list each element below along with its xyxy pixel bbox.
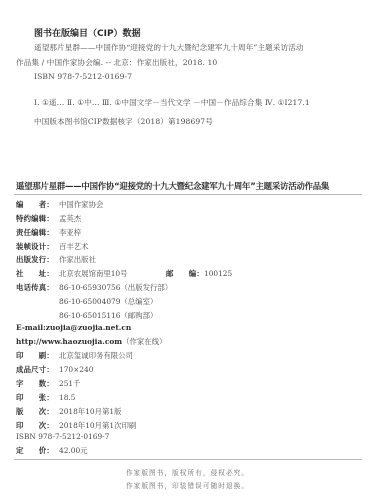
phone-label: 电话传真：: [16, 282, 59, 293]
address-row: 社 址：北京农展馆南里10号 邮 编：100125: [16, 268, 128, 279]
copyright-notice: 作家版图书，版权所有，侵权必究。: [0, 467, 375, 477]
word-count-label: 字 数：: [16, 378, 59, 389]
phone-value-2: 86-10-65004079（总编室）: [59, 296, 157, 307]
printing-value: 2018年10月第1次印刷: [59, 420, 136, 431]
printer-row: 印 刷：北京玺诚印务有限公司: [16, 350, 133, 361]
sheets-value: 18.5: [59, 393, 75, 402]
replacement-notice: 作家版图书，印装错误可随时退换。: [0, 480, 375, 490]
email-address[interactable]: E-mail:zuojia@zuojia.net.cn: [16, 323, 131, 332]
website-url[interactable]: http://www.haozuojia.com: [16, 337, 122, 346]
edition-label: 版 次：: [16, 406, 59, 417]
isbn-row: ISBN 978-7-5212-0169-7: [16, 432, 109, 441]
word-count-value: 251千: [59, 378, 81, 389]
price-value: 42.00元: [59, 445, 88, 456]
sheets-row: 印 张：18.5: [16, 392, 75, 403]
printing-label: 印 次：: [16, 420, 59, 431]
edition-row: 版 次：2018年10月第1版: [16, 406, 121, 417]
website-note: （作家在线）: [122, 337, 166, 346]
design-value: 百丰艺术: [59, 241, 89, 252]
cip-title-continuation: 作品集 / 中国作家协会编. -- 北京：作家出版社，2018. 10: [16, 57, 217, 68]
cip-classification: Ⅰ. ①遥… Ⅱ. ①中… Ⅲ. ①中国文学－当代文学 －中国－作品综合集 Ⅳ.…: [34, 97, 310, 108]
postcode-group: 邮 编：100125: [166, 268, 232, 279]
printer-label: 印 刷：: [16, 350, 59, 361]
editor-row: 编 者：中国作家协会: [16, 199, 103, 210]
special-editor-value: 孟英杰: [59, 213, 81, 224]
cip-heading: 图书在版编目（CIP）数据: [34, 26, 141, 39]
price-divider: [14, 459, 362, 460]
book-title: 遥望那片星群——中国作协“迎接党的十九大暨纪念建军九十周年”主题采访活动作品集: [16, 180, 329, 192]
size-label: 成品尺寸：: [16, 364, 59, 375]
printing-row: 印 次：2018年10月第1次印刷: [16, 420, 136, 431]
edition-value: 2018年10月第1版: [59, 406, 121, 417]
postcode-label: 邮 编：: [166, 268, 204, 279]
publisher-label: 出版发行：: [16, 254, 59, 265]
size-row: 成品尺寸：170×240: [16, 364, 93, 375]
responsible-editor-label: 责任编辑：: [16, 227, 59, 238]
special-editor-row: 特约编辑：孟英杰: [16, 213, 81, 224]
design-label: 装帧设计：: [16, 241, 59, 252]
address-value: 北京农展馆南里10号: [59, 268, 128, 279]
publisher-row: 出版发行：作家出版社: [16, 254, 96, 265]
sheets-label: 印 张：: [16, 392, 59, 403]
isbn-value: ISBN 978-7-5212-0169-7: [16, 432, 109, 441]
phone-value-1: 86-10-65930756（出版发行部）: [59, 282, 172, 293]
phone-value-3: 86-10-65015116（邮购部）: [59, 310, 157, 321]
editor-value: 中国作家协会: [59, 199, 103, 210]
price-row: 定 价：42.00元: [16, 445, 88, 456]
cip-record-number: 中国版本图书馆CIP数据核字（2018）第198697号: [34, 116, 213, 127]
price-label: 定 价：: [16, 445, 59, 456]
postcode-value: 100125: [204, 269, 232, 278]
title-divider: [14, 194, 362, 195]
editor-label: 编 者：: [16, 199, 59, 210]
cip-title-line: 遥望那片星群——中国作协“迎接党的十九大暨纪念建军九十周年”主题采访活动: [34, 42, 304, 53]
size-value: 170×240: [59, 365, 93, 374]
publisher-value: 作家出版社: [59, 254, 96, 265]
phone-row: 电话传真：86-10-65930756（出版发行部）: [16, 282, 172, 293]
responsible-editor-row: 责任编辑：李亚梓: [16, 227, 81, 238]
responsible-editor-value: 李亚梓: [59, 227, 81, 238]
cip-isbn: ISBN 978-7-5212-0169-7: [34, 72, 132, 81]
word-count-row: 字 数：251千: [16, 378, 81, 389]
website-row: http://www.haozuojia.com（作家在线）: [16, 336, 166, 347]
special-editor-label: 特约编辑：: [16, 213, 59, 224]
printer-value: 北京玺诚印务有限公司: [59, 350, 133, 361]
email-row: E-mail:zuojia@zuojia.net.cn: [16, 323, 131, 332]
address-label: 社 址：: [16, 268, 59, 279]
design-row: 装帧设计：百丰艺术: [16, 241, 89, 252]
